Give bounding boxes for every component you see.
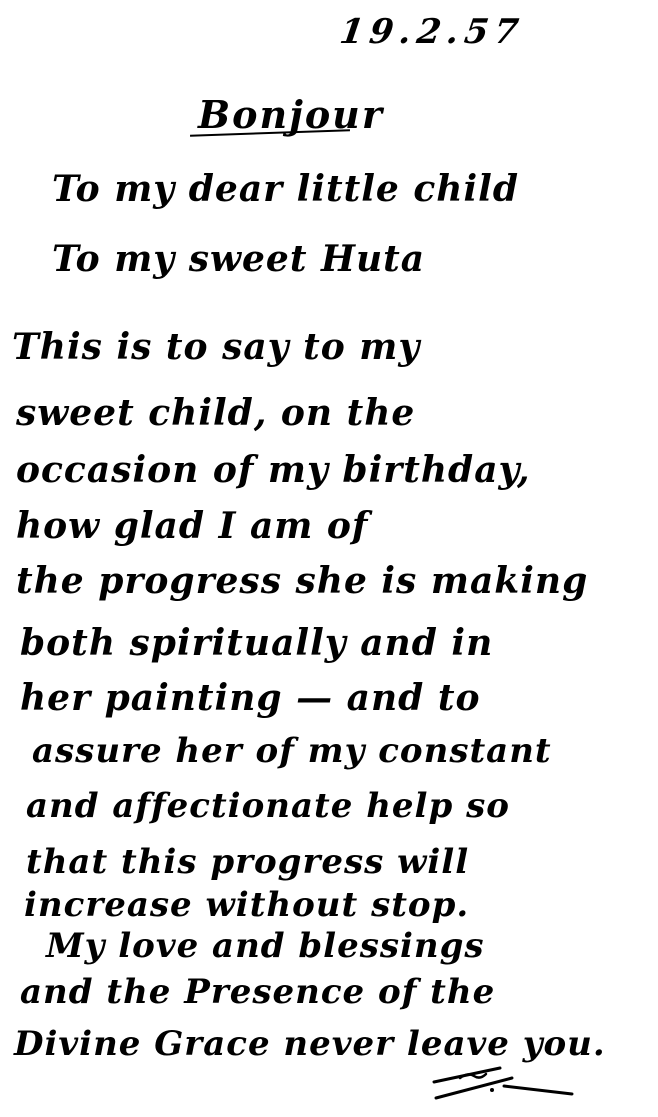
body-line: that this progress will: [26, 842, 469, 882]
letter-page: 19.2.57 Bonjour To my dear little child …: [0, 0, 658, 1117]
body-line: sweet child, on the: [16, 392, 415, 434]
signature-mark-icon: [430, 1064, 600, 1104]
body-line: the progress she is making: [16, 560, 588, 602]
closing-line: Divine Grace never leave you.: [14, 1024, 606, 1064]
address-line-2: To my sweet Huta: [52, 238, 425, 280]
body-line: how glad I am of: [16, 505, 368, 547]
address-line-1: To my dear little child: [52, 168, 519, 210]
closing-line: and the Presence of the: [20, 972, 495, 1012]
closing-line: My love and blessings: [46, 926, 485, 966]
body-line: assure her of my constant: [32, 731, 552, 771]
letter-date: 19.2.57: [337, 12, 527, 52]
body-line: increase without stop.: [24, 885, 469, 925]
body-line: her painting — and to: [20, 677, 481, 719]
body-line: both spiritually and in: [20, 622, 493, 664]
body-line: This is to say to my: [12, 326, 420, 368]
body-line: occasion of my birthday,: [16, 449, 531, 491]
body-line: and affectionate help so: [26, 786, 510, 826]
